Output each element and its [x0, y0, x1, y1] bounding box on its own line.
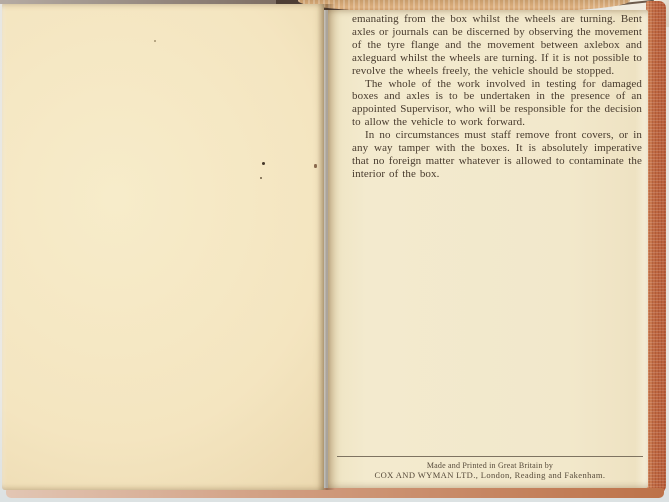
book-cover-right-edge — [646, 1, 666, 493]
colophon-printed-note: Made and Printed in Great Britain by — [337, 461, 643, 470]
paragraph: The whole of the work involved in testin… — [352, 78, 642, 130]
paper-speck — [262, 162, 265, 165]
colophon: Made and Printed in Great Britain by COX… — [337, 456, 643, 480]
right-page: emanating from the box whilst the wheels… — [328, 10, 648, 488]
paper-speck — [154, 40, 156, 42]
paper-speck — [260, 177, 262, 179]
colophon-printer-name: COX AND WYMAN LTD., London, Reading and … — [337, 470, 643, 480]
scanned-book-photo: emanating from the box whilst the wheels… — [0, 0, 669, 502]
paragraph-continued: emanating from the box whilst the wheels… — [352, 13, 642, 78]
left-page-blank — [2, 4, 324, 490]
page-text-block: emanating from the box whilst the wheels… — [352, 13, 642, 181]
colophon-rule — [337, 456, 643, 457]
paragraph: In no circumstances must staff remove fr… — [352, 129, 642, 181]
